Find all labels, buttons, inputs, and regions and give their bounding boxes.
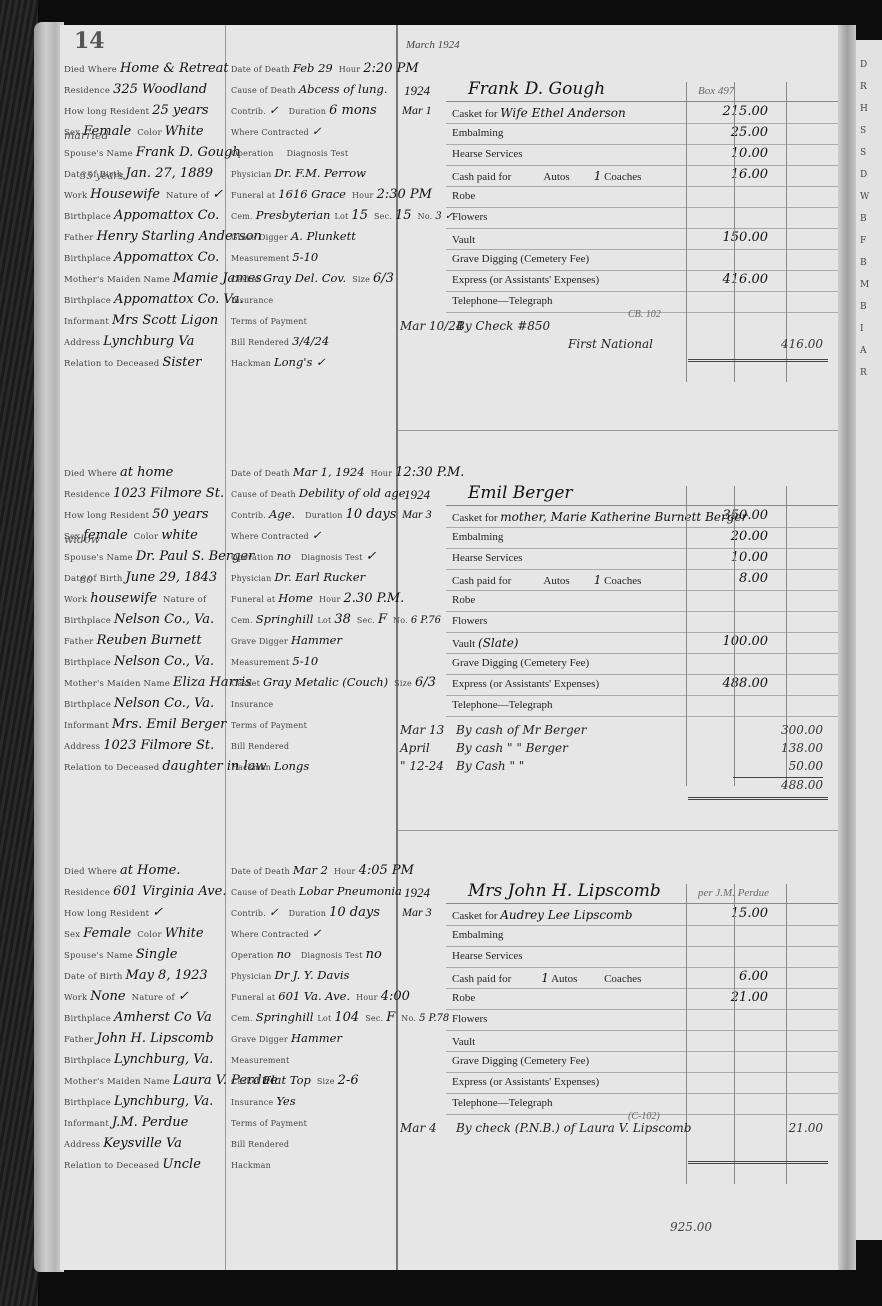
- payment-note: (C-102): [628, 1111, 660, 1122]
- field-label: Operation: [231, 951, 274, 960]
- funeral-hour-value: 2.30 P.M.: [344, 591, 405, 606]
- payment-amount: 300.00: [733, 723, 823, 737]
- field-value: Nelson Co., Va.: [114, 612, 214, 627]
- charge-label: Telephone—Telegraph: [452, 295, 552, 307]
- field-bill-rendered: Bill Rendered3/4/24: [231, 334, 329, 348]
- field-label: Father: [64, 233, 94, 243]
- field-funeral-at: Funeral atHomeHour2.30 P.M.: [231, 591, 404, 606]
- field-how-long: How long Resident50 years: [64, 507, 209, 522]
- marital-note: married: [64, 129, 109, 142]
- field-label: Cem.: [231, 616, 253, 625]
- autos-label: Autos: [543, 575, 569, 587]
- field-label: Father: [64, 637, 94, 647]
- diagnosis-label: Diagnosis Test: [301, 951, 363, 960]
- field-value: Gray Del. Cov.: [263, 271, 346, 285]
- account-ledger: 1924 Mrs John H. Lipscomb per J.M. Perdu…: [398, 855, 838, 1215]
- autos-count: 1: [541, 971, 549, 985]
- field-label: Grave Digger: [231, 233, 288, 242]
- charge-row-grave-digging: Grave Digging (Cemetery Fee): [446, 653, 838, 675]
- field-value: no: [277, 549, 291, 563]
- size-label: Size: [317, 1077, 335, 1086]
- field-value: Hammer: [291, 1031, 342, 1045]
- field-bill-rendered: Bill Rendered: [231, 1136, 292, 1150]
- duration-value: 6 mons: [329, 103, 377, 118]
- charge-row-grave-digging: Grave Digging (Cemetery Fee): [446, 1051, 838, 1073]
- field-value: ✓: [152, 905, 163, 920]
- facing-page-label: F: [860, 236, 866, 246]
- field-casket: CasketFlat TopSize2-6: [231, 1073, 359, 1088]
- charge-label: Grave Digging (Cemetery Fee): [452, 1055, 589, 1067]
- field-value: 5-10: [292, 250, 318, 264]
- facing-page-label: B: [860, 214, 867, 224]
- hour-label: Hour: [356, 993, 378, 1002]
- payment-desc: By cash of Mr Berger: [456, 723, 586, 737]
- field-label: Physician: [231, 170, 271, 179]
- field-label: Hackman: [231, 763, 271, 772]
- field-value: ✓: [312, 124, 322, 138]
- payment-amount: 21.00: [733, 1121, 823, 1135]
- field-measurement: Measurement: [231, 1052, 292, 1066]
- field-relation: Relation to DeceasedSister: [64, 355, 201, 370]
- facing-page-label: S: [860, 148, 866, 158]
- field-birthplace: BirthplaceNelson Co., Va.: [64, 612, 214, 627]
- field-value: ✓: [269, 103, 279, 117]
- payment-desc: By cash " " Berger: [456, 741, 568, 755]
- field-label: Date of Death: [231, 867, 290, 876]
- ledger-date: Mar 3: [402, 507, 432, 522]
- charge-label: Robe: [452, 190, 475, 202]
- field-grave-digger: Grave DiggerHammer: [231, 1031, 342, 1045]
- charge-label: Embalming: [452, 531, 503, 543]
- field-value: at home: [120, 465, 173, 480]
- hour-label: Hour: [371, 469, 393, 478]
- field-residence: Residence1023 Filmore St.: [64, 486, 224, 501]
- field-label: Spouse's Name: [64, 149, 133, 159]
- field-cause: Cause of DeathLobar Pneumonia: [231, 884, 402, 898]
- charge-row-hearse: Hearse Services: [446, 946, 838, 968]
- payment-date: Mar 10/24: [400, 319, 464, 333]
- field-label: Work: [64, 191, 87, 201]
- field-label: Terms of Payment: [231, 1119, 307, 1128]
- field-insurance: Insurance: [231, 696, 276, 710]
- charge-label: Grave Digging (Cemetery Fee): [452, 253, 589, 265]
- field-label: Hackman: [231, 1161, 271, 1170]
- field-value: Frank D. Gough: [136, 145, 241, 160]
- charge-amount: 20.00: [686, 529, 768, 544]
- field-value: Nelson Co., Va.: [114, 696, 214, 711]
- field-label: Insurance: [231, 296, 273, 305]
- lot-label: Lot: [317, 616, 331, 625]
- field-label: Address: [64, 338, 100, 348]
- charge-amount: 150.00: [686, 230, 768, 245]
- field-value: Single: [136, 947, 178, 962]
- field-value: Mrs. Emil Berger: [112, 717, 226, 732]
- coaches-count: 1: [594, 169, 602, 183]
- field-operation: OperationDiagnosis Test: [231, 145, 351, 160]
- lot-value: 104: [334, 1010, 359, 1025]
- field-work: WorkNoneNature of✓: [64, 989, 189, 1004]
- field-label: Where Contracted: [231, 128, 309, 137]
- charge-amount: 488.00: [686, 676, 768, 691]
- charge-label: Robe: [452, 594, 475, 606]
- vault-note: (Slate): [478, 636, 519, 650]
- size-value: 6/3: [373, 271, 394, 286]
- charge-row-hearse: Hearse Services 10.00: [446, 548, 838, 570]
- charge-row-express: Express (or Assistants' Expenses): [446, 1072, 838, 1094]
- charge-amount: 6.00: [686, 969, 768, 984]
- field-label: Cause of Death: [231, 86, 296, 95]
- color-value: White: [165, 926, 204, 941]
- field-value: Springhill: [256, 612, 314, 626]
- field-date-of-death: Date of DeathMar 2Hour4:05 PM: [231, 863, 414, 878]
- field-relation: Relation to DeceasedUncle: [64, 1157, 201, 1172]
- field-label: Hackman: [231, 359, 271, 368]
- coaches-label: Coaches: [604, 575, 641, 587]
- field-label: Funeral at: [231, 595, 275, 604]
- charge-amount: 8.00: [686, 571, 768, 586]
- field-value: June 29, 1843: [126, 570, 218, 585]
- charge-amount: 15.00: [686, 906, 768, 921]
- diagnosis-label: Diagnosis Test: [287, 149, 349, 158]
- page-total: 925.00: [670, 1220, 712, 1234]
- sec-value: F: [378, 612, 387, 627]
- payment-date: Mar 4: [400, 1121, 437, 1135]
- payment-amount: 138.00: [733, 741, 823, 755]
- field-label: Spouse's Name: [64, 553, 133, 563]
- autos-label: Autos: [551, 973, 577, 985]
- field-value: 50 years: [152, 507, 208, 522]
- field-insurance: InsuranceYes: [231, 1094, 296, 1108]
- nature-value: ✓: [178, 989, 189, 1004]
- field-label: Grave Digger: [231, 1035, 288, 1044]
- charge-row-express: Express (or Assistants' Expenses) 488.00: [446, 674, 838, 696]
- field-sex: SexFemaleColorWhite: [64, 926, 204, 941]
- account-name: Emil Berger: [468, 483, 573, 503]
- field-value: no: [277, 947, 291, 961]
- charge-amount: 16.00: [686, 167, 768, 182]
- charge-label: Grave Digging (Cemetery Fee): [452, 657, 589, 669]
- charge-amount: 100.00: [686, 634, 768, 649]
- charge-label: Vault: [452, 1036, 475, 1048]
- payment-date: Mar 13: [400, 723, 444, 737]
- charge-label: Express (or Assistants' Expenses): [452, 274, 599, 286]
- field-residence: Residence325 Woodland: [64, 82, 207, 97]
- field-label: Measurement: [231, 1056, 289, 1065]
- charge-row-cash-paid: Cash paid for1 Autos Coaches 6.00: [446, 967, 838, 989]
- field-label: Measurement: [231, 658, 289, 667]
- field-terms: Terms of Payment: [231, 313, 310, 327]
- field-value: Keysville Va: [103, 1136, 182, 1151]
- charge-row-robe: Robe: [446, 590, 838, 612]
- field-label: Spouse's Name: [64, 951, 133, 961]
- field-value: Home & Retreat: [120, 61, 229, 76]
- field-residence: Residence601 Virginia Ave.: [64, 884, 226, 899]
- field-value: Lynchburg, Va.: [114, 1052, 213, 1067]
- charge-amount: 350.00: [686, 508, 768, 523]
- charge-row-embalming: Embalming: [446, 925, 838, 947]
- field-value: Lynchburg, Va.: [114, 1094, 213, 1109]
- field-father-birthplace: BirthplaceLynchburg, Va.: [64, 1052, 213, 1067]
- charge-row-flowers: Flowers: [446, 1009, 838, 1031]
- field-where-contracted: Where Contracted✓: [231, 926, 322, 940]
- field-label: Date of Birth: [64, 574, 123, 584]
- field-label: Bill Rendered: [231, 1140, 289, 1149]
- charge-amount: 25.00: [686, 125, 768, 140]
- field-value: 5-10: [292, 654, 318, 668]
- field-cause: Cause of DeathAbcess of lung.: [231, 82, 388, 96]
- burial-record: Died Whereat home Residence1023 Filmore …: [60, 457, 838, 837]
- field-label: Informant: [64, 1119, 109, 1129]
- account-name: Mrs John H. Lipscomb: [468, 881, 661, 901]
- coaches-label: Coaches: [604, 973, 641, 985]
- field-hackman: HackmanLongs: [231, 759, 309, 773]
- payments-total: 488.00: [733, 777, 823, 792]
- field-value: Yes: [276, 1094, 295, 1108]
- facing-page-label: A: [860, 346, 867, 356]
- field-father: FatherReuben Burnett: [64, 633, 202, 648]
- charge-label: Cash paid for: [452, 171, 511, 183]
- field-physician: PhysicianDr. Earl Rucker: [231, 570, 365, 584]
- field-where-contracted: Where Contracted✓: [231, 124, 322, 138]
- field-value: Appomattox Co. Va.: [114, 292, 244, 307]
- ledger-year: 1924: [404, 83, 430, 99]
- field-operation: OperationnoDiagnosis Testno: [231, 947, 382, 962]
- charge-row-grave-digging: Grave Digging (Cemetery Fee): [446, 249, 838, 271]
- field-label: Funeral at: [231, 993, 275, 1002]
- field-label: Mother's Maiden Name: [64, 275, 170, 285]
- field-contrib: Contrib.✓Duration10 days: [231, 905, 380, 920]
- header-note: March 1924: [406, 39, 460, 51]
- charge-label: Casket for: [452, 108, 498, 120]
- duration-label: Duration: [289, 107, 327, 116]
- field-value: Appomattox Co.: [114, 250, 219, 265]
- field-value: Flat Top: [263, 1073, 311, 1087]
- charge-label: Flowers: [452, 1013, 487, 1025]
- field-value: Nelson Co., Va.: [114, 654, 214, 669]
- payment-desc: By check (P.N.B.) of Laura V. Lipscomb: [456, 1121, 691, 1135]
- field-value: Abcess of lung.: [299, 82, 388, 96]
- field-spouse: Spouse's NameDr. Paul S. Berger: [64, 549, 254, 564]
- field-grave-digger: Grave DiggerA. Plunkett: [231, 229, 356, 243]
- field-hackman: Hackman: [231, 1157, 274, 1171]
- field-label: Date of Death: [231, 65, 290, 74]
- charge-label: Telephone—Telegraph: [452, 1097, 552, 1109]
- payment-amount: 416.00: [733, 337, 823, 351]
- field-value: Springhill: [256, 1010, 314, 1024]
- field-value: Mrs Scott Ligon: [112, 313, 218, 328]
- field-label: How long Resident: [64, 511, 149, 521]
- field-hackman: HackmanLong's ✓: [231, 355, 326, 369]
- field-label: Birthplace: [64, 658, 111, 668]
- book-gutter: [838, 25, 856, 1270]
- field-value: None: [90, 989, 125, 1004]
- field-value: ✓: [269, 905, 279, 919]
- field-where-contracted: Where Contracted✓: [231, 528, 322, 542]
- field-value: Mar 2: [293, 863, 328, 877]
- payment-desc: By Cash " ": [456, 759, 524, 773]
- color-label: Color: [137, 128, 162, 138]
- field-mother-birthplace: BirthplaceNelson Co., Va.: [64, 696, 214, 711]
- account-note: Box 497: [698, 85, 734, 97]
- field-label: Mother's Maiden Name: [64, 1077, 170, 1087]
- color-value: white: [161, 528, 198, 543]
- field-bill-rendered: Bill Rendered: [231, 738, 292, 752]
- charge-label: Casket for: [452, 512, 498, 524]
- field-value: Gray Metalic (Couch): [263, 675, 388, 689]
- field-work: WorkHousewifeNature of✓: [64, 187, 223, 202]
- field-label: Work: [64, 595, 87, 605]
- field-terms: Terms of Payment: [231, 1115, 310, 1129]
- field-value: ✓: [312, 528, 322, 542]
- diagnosis-value: no: [366, 947, 382, 962]
- field-label: How long Resident: [64, 909, 149, 919]
- ledger-page: 14 Died WhereHome & Retreat Residence325…: [60, 25, 838, 1270]
- nature-label: Nature of: [163, 595, 206, 605]
- field-work: WorkhousewifeNature of: [64, 591, 209, 606]
- field-label: Died Where: [64, 65, 117, 75]
- charges-grid: Casket for Wife Ethel Anderson 215.00 Em…: [446, 101, 838, 312]
- field-value: 3/4/24: [292, 334, 329, 348]
- field-spouse: Spouse's NameSingle: [64, 947, 177, 962]
- charges-grid: Casket for Audrey Lee Lipscomb 15.00 Emb…: [446, 903, 838, 1114]
- facing-page-label: B: [860, 302, 867, 312]
- field-grave-digger: Grave DiggerHammer: [231, 633, 342, 647]
- field-value: Hammer: [291, 633, 342, 647]
- field-label: Physician: [231, 574, 271, 583]
- facing-page-label: D: [860, 170, 867, 180]
- field-label: Address: [64, 742, 100, 752]
- lot-value: 15: [351, 208, 368, 223]
- charge-row-embalming: Embalming 25.00: [446, 123, 838, 145]
- field-label: Birthplace: [64, 296, 111, 306]
- lot-value: 38: [334, 612, 351, 627]
- field-value: at Home.: [120, 863, 180, 878]
- color-label: Color: [137, 930, 162, 940]
- sec-label: Sec.: [374, 212, 392, 221]
- field-label: Cem.: [231, 1014, 253, 1023]
- diagnosis-label: Diagnosis Test: [301, 553, 363, 562]
- diagnosis-value: ✓: [366, 549, 377, 564]
- field-label: Birthplace: [64, 1098, 111, 1108]
- field-value: Appomattox Co.: [114, 208, 219, 223]
- field-label: Bill Rendered: [231, 742, 289, 751]
- charge-label: Hearse Services: [452, 148, 523, 160]
- field-label: Funeral at: [231, 191, 275, 200]
- charge-row-vault: Vault (Slate) 100.00: [446, 632, 838, 654]
- field-measurement: Measurement5-10: [231, 250, 318, 264]
- account-ledger: March 1924 1924 Frank D. Gough Box 497 M…: [398, 53, 838, 413]
- coaches-label: Coaches: [604, 171, 641, 183]
- field-label: Bill Rendered: [231, 338, 289, 347]
- field-informant: InformantMrs Scott Ligon: [64, 313, 218, 328]
- charge-row-robe: Robe 21.00: [446, 988, 838, 1010]
- field-value: Reuben Burnett: [97, 633, 202, 648]
- size-value: 2-6: [338, 1073, 359, 1088]
- field-label: Died Where: [64, 469, 117, 479]
- field-label: Contrib.: [231, 511, 266, 520]
- field-birthplace: BirthplaceAmherst Co Va: [64, 1010, 212, 1025]
- field-physician: PhysicianDr. F.M. Perrow: [231, 166, 366, 180]
- field-died-where: Died Whereat home: [64, 465, 173, 480]
- field-physician: PhysicianDr J. Y. Davis: [231, 968, 349, 982]
- field-label: Casket: [231, 275, 260, 284]
- field-label: Informant: [64, 721, 109, 731]
- hour-label: Hour: [334, 867, 356, 876]
- nature-value: ✓: [212, 187, 223, 202]
- field-value: ✓: [312, 926, 322, 940]
- charge-row-express: Express (or Assistants' Expenses) 416.00: [446, 270, 838, 292]
- casket-for-value: Audrey Lee Lipscomb: [500, 908, 632, 922]
- field-father: FatherJohn H. Lipscomb: [64, 1031, 214, 1046]
- field-value: Jan. 27, 1889: [126, 166, 214, 181]
- field-value: J.M. Perdue: [112, 1115, 188, 1130]
- ledger-date: Mar 1: [402, 103, 432, 118]
- field-mother: Mother's Maiden NameEliza Harris: [64, 675, 252, 690]
- field-value: May 8, 1923: [126, 968, 208, 983]
- field-label: Insurance: [231, 700, 273, 709]
- field-label: Measurement: [231, 254, 289, 263]
- facing-page-label: B: [860, 258, 867, 268]
- field-how-long: How long Resident25 years: [64, 103, 209, 118]
- charge-label: Express (or Assistants' Expenses): [452, 1076, 599, 1088]
- field-label: Contrib.: [231, 107, 266, 116]
- age-note: 35 years: [80, 171, 123, 182]
- field-cause: Cause of DeathDebility of old age.: [231, 486, 409, 500]
- field-informant: InformantMrs. Emil Berger: [64, 717, 226, 732]
- field-operation: OperationnoDiagnosis Test✓: [231, 549, 377, 564]
- field-value: Amherst Co Va: [114, 1010, 212, 1025]
- field-label: Sex: [64, 930, 80, 940]
- field-value: Uncle: [162, 1157, 200, 1172]
- charge-label: Embalming: [452, 127, 503, 139]
- field-value: Debility of old age.: [299, 486, 409, 500]
- field-label: Cem.: [231, 212, 253, 221]
- field-terms: Terms of Payment: [231, 717, 310, 731]
- field-value: Mar 1, 1924: [293, 465, 365, 479]
- hour-label: Hour: [339, 65, 361, 74]
- field-address: AddressKeysville Va: [64, 1136, 182, 1151]
- facing-page-edge: DRHSSDWBFBMBIAR: [856, 40, 882, 1240]
- field-label: Contrib.: [231, 909, 266, 918]
- charge-label: Flowers: [452, 615, 487, 627]
- age-note: 80: [80, 575, 93, 586]
- charge-row-flowers: Flowers: [446, 207, 838, 229]
- account-name: Frank D. Gough: [468, 79, 605, 99]
- charge-row-telephone: Telephone—Telegraph: [446, 695, 838, 717]
- field-spouse: Spouse's NameFrank D. Gough: [64, 145, 241, 160]
- field-label: Birthplace: [64, 1014, 111, 1024]
- field-died-where: Died Whereat Home.: [64, 863, 180, 878]
- duration-value: 10 days: [346, 507, 397, 522]
- facing-page-label: I: [860, 324, 864, 334]
- facing-page-label: R: [860, 82, 867, 92]
- field-dob: Date of BirthMay 8, 1923: [64, 968, 208, 983]
- field-value: Housewife: [90, 187, 160, 202]
- charge-row-cash-paid: Cash paid for Autos1 Coaches 16.00: [446, 165, 838, 187]
- field-label: Birthplace: [64, 616, 111, 626]
- field-label: Casket: [231, 1077, 260, 1086]
- field-label: Residence: [64, 86, 110, 96]
- color-label: Color: [134, 532, 159, 542]
- field-label: Cause of Death: [231, 490, 296, 499]
- field-label: Operation: [231, 553, 274, 562]
- record-separator: [398, 830, 838, 831]
- field-value: Female: [83, 926, 131, 941]
- field-mother-birthplace: BirthplaceLynchburg, Va.: [64, 1094, 213, 1109]
- field-label: Insurance: [231, 1098, 273, 1107]
- field-value: Dr J. Y. Davis: [274, 968, 349, 982]
- charge-row-embalming: Embalming 20.00: [446, 527, 838, 549]
